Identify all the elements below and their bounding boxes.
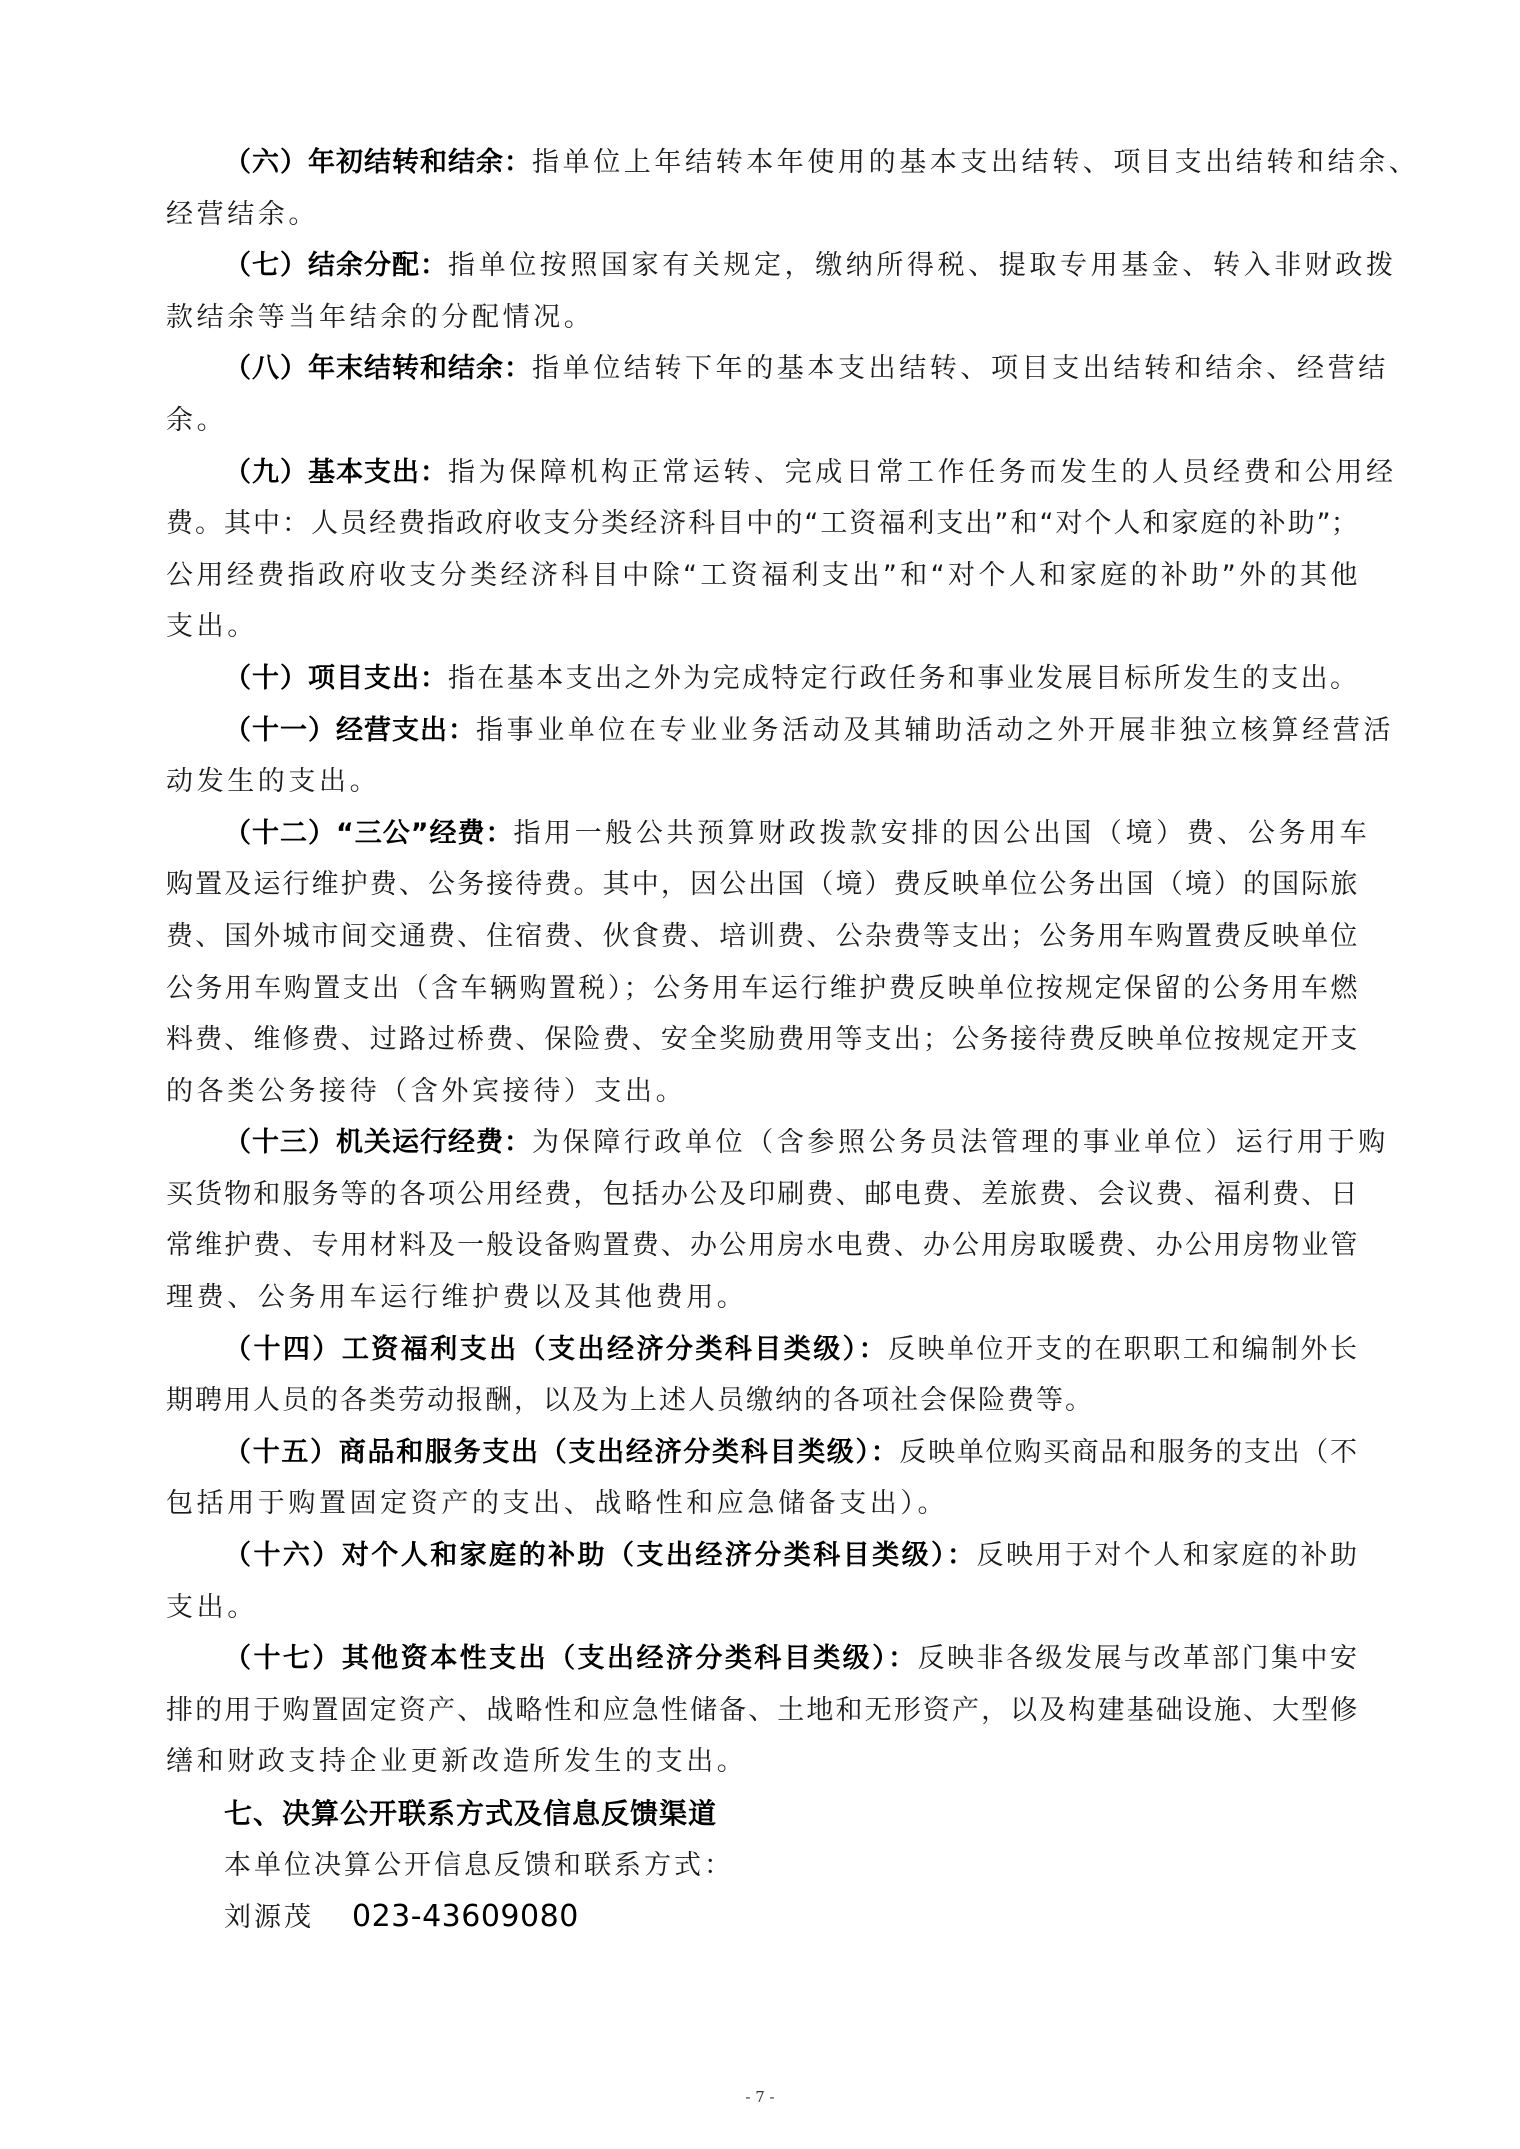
definition-text: 反映单位购买商品和服务的支出（不 — [899, 1437, 1358, 1468]
paragraph-line: 费。其中：人员经费指政府收支分类经济科目中的“工资福利支出”和“对个人和家庭的补… — [166, 498, 1358, 550]
definition-text: 反映单位开支的在职职工和编制外长 — [888, 1334, 1358, 1365]
paragraph-line: （十二）“三公”经费：指用一般公共预算财政拨款安排的因公出国（境）费、公务用车 — [166, 808, 1358, 860]
definition-text: 反映用于对个人和家庭的补助 — [976, 1540, 1358, 1571]
term-label: （九）基本支出： — [224, 457, 448, 488]
contact-name: 刘源茂 — [224, 1902, 314, 1933]
paragraph-line: （十一）经营支出：指事业单位在专业业务活动及其辅助活动之外开展非独立核算经营活 — [166, 705, 1358, 757]
paragraph-line: 动发生的支出。 — [166, 756, 1358, 808]
definition-text: 指单位结转下年的基本支出结转、项目支出结转和结余、经营结 — [532, 353, 1389, 384]
paragraph-line: 余。 — [166, 395, 1358, 447]
term-label: （十）项目支出： — [224, 663, 448, 694]
paragraph-line: 包括用于购置固定资产的支出、战略性和应急储备支出）。 — [166, 1478, 1358, 1530]
term-label: （十六）对个人和家庭的补助（支出经济分类科目类级）： — [224, 1540, 976, 1571]
definition-text: 指事业单位在专业业务活动及其辅助活动之外开展非独立核算经营活 — [476, 715, 1394, 746]
paragraph-line: 公务用车购置支出（含车辆购置税）；公务用车运行维护费反映单位按规定保留的公务用车… — [166, 963, 1358, 1015]
paragraph-line: （十七）其他资本性支出（支出经济分类科目类级）：反映非各级发展与改革部门集中安 — [166, 1633, 1358, 1685]
term-label: （十三）机关运行经费： — [224, 1127, 532, 1158]
paragraph-line: （九）基本支出：指为保障机构正常运转、完成日常工作任务而发生的人员经费和公用经 — [166, 447, 1358, 499]
paragraph-line: 排的用于购置固定资产、战略性和应急性储备、土地和无形资产，以及构建基础设施、大型… — [166, 1685, 1358, 1737]
term-label: （七）结余分配： — [224, 250, 448, 281]
definition-text: 指在基本支出之外为完成特定行政任务和事业发展目标所发生的支出。 — [448, 663, 1359, 694]
paragraph-line: 买货物和服务等的各项公用经费，包括办公及印刷费、邮电费、差旅费、会议费、福利费、… — [166, 1169, 1358, 1221]
paragraph-line: 期聘用人员的各类劳动报酬，以及为上述人员缴纳的各项社会保险费等。 — [166, 1375, 1358, 1427]
definition-text: 指单位按照国家有关规定，缴纳所得税、提取专用基金、转入非财政拨 — [448, 250, 1397, 281]
term-label: （十四）工资福利支出（支出经济分类科目类级）： — [224, 1334, 888, 1365]
paragraph-line: （十五）商品和服务支出（支出经济分类科目类级）：反映单位购买商品和服务的支出（不 — [166, 1427, 1358, 1479]
definition-text: 指为保障机构正常运转、完成日常工作任务而发生的人员经费和公用经 — [448, 457, 1397, 488]
paragraph-line: 支出。 — [166, 1582, 1358, 1634]
definition-text: 反映非各级发展与改革部门集中安 — [918, 1643, 1358, 1674]
paragraph-line: 缮和财政支持企业更新改造所发生的支出。 — [166, 1736, 1358, 1788]
paragraph-line: （十）项目支出：指在基本支出之外为完成特定行政任务和事业发展目标所发生的支出。 — [166, 653, 1358, 705]
term-label: （十一）经营支出： — [224, 715, 476, 746]
document-body: （六）年初结转和结余：指单位上年结转本年使用的基本支出结转、项目支出结转和结余、… — [166, 137, 1358, 1943]
paragraph-line: 经营结余。 — [166, 189, 1358, 241]
paragraph-line: （七）结余分配：指单位按照国家有关规定，缴纳所得税、提取专用基金、转入非财政拨 — [166, 240, 1358, 292]
definition-text: 为保障行政单位（含参照公务员法管理的事业单位）运行用于购 — [532, 1127, 1389, 1158]
term-label: （八）年末结转和结余： — [224, 353, 532, 384]
term-label: （六）年初结转和结余： — [224, 147, 532, 178]
paragraph-line: （十三）机关运行经费：为保障行政单位（含参照公务员法管理的事业单位）运行用于购 — [166, 1117, 1358, 1169]
paragraph-line: 的各类公务接待（含外宾接待）支出。 — [166, 1066, 1358, 1118]
paragraph-line: （六）年初结转和结余：指单位上年结转本年使用的基本支出结转、项目支出结转和结余、 — [166, 137, 1358, 189]
paragraph-line: 公用经费指政府收支分类经济科目中除“工资福利支出”和“对个人和家庭的补助”外的其… — [166, 550, 1358, 602]
contact-row: 刘源茂023-43609080 — [166, 1891, 1358, 1943]
paragraph-line: 料费、维修费、过路过桥费、保险费、安全奖励费用等支出；公务接待费反映单位按规定开… — [166, 1014, 1358, 1066]
paragraph-line: 理费、公务用车运行维护费以及其他费用。 — [166, 1272, 1358, 1324]
definition-text: 指用一般公共预算财政拨款安排的因公出国（境）费、公务用车 — [514, 818, 1371, 849]
page-number: - 7 - — [0, 2088, 1520, 2106]
term-label: （十七）其他资本性支出（支出经济分类科目类级）： — [224, 1643, 918, 1674]
document-page: （六）年初结转和结余：指单位上年结转本年使用的基本支出结转、项目支出结转和结余、… — [0, 0, 1520, 2149]
paragraph-line: 费、国外城市间交通费、住宿费、伙食费、培训费、公杂费等支出；公务用车购置费反映单… — [166, 911, 1358, 963]
term-label: （十二）“三公”经费： — [224, 818, 514, 849]
paragraph-line: 款结余等当年结余的分配情况。 — [166, 292, 1358, 344]
paragraph-line: 常维护费、专用材料及一般设备购置费、办公用房水电费、办公用房取暖费、办公用房物业… — [166, 1220, 1358, 1272]
paragraph-line: 购置及运行维护费、公务接待费。其中，因公出国（境）费反映单位公务出国（境）的国际… — [166, 859, 1358, 911]
contact-phone: 023-43609080 — [352, 1899, 579, 1934]
paragraph-line: （十六）对个人和家庭的补助（支出经济分类科目类级）：反映用于对个人和家庭的补助 — [166, 1530, 1358, 1582]
paragraph-line: （八）年末结转和结余：指单位结转下年的基本支出结转、项目支出结转和结余、经营结 — [166, 343, 1358, 395]
contact-intro: 本单位决算公开信息反馈和联系方式： — [166, 1840, 1358, 1892]
definition-text: 指单位上年结转本年使用的基本支出结转、项目支出结转和结余、 — [532, 147, 1419, 178]
term-label: （十五）商品和服务支出（支出经济分类科目类级）： — [224, 1437, 899, 1468]
paragraph-line: 支出。 — [166, 601, 1358, 653]
paragraph-line: （十四）工资福利支出（支出经济分类科目类级）：反映单位开支的在职职工和编制外长 — [166, 1324, 1358, 1376]
section-heading: 七、决算公开联系方式及信息反馈渠道 — [166, 1788, 1358, 1840]
